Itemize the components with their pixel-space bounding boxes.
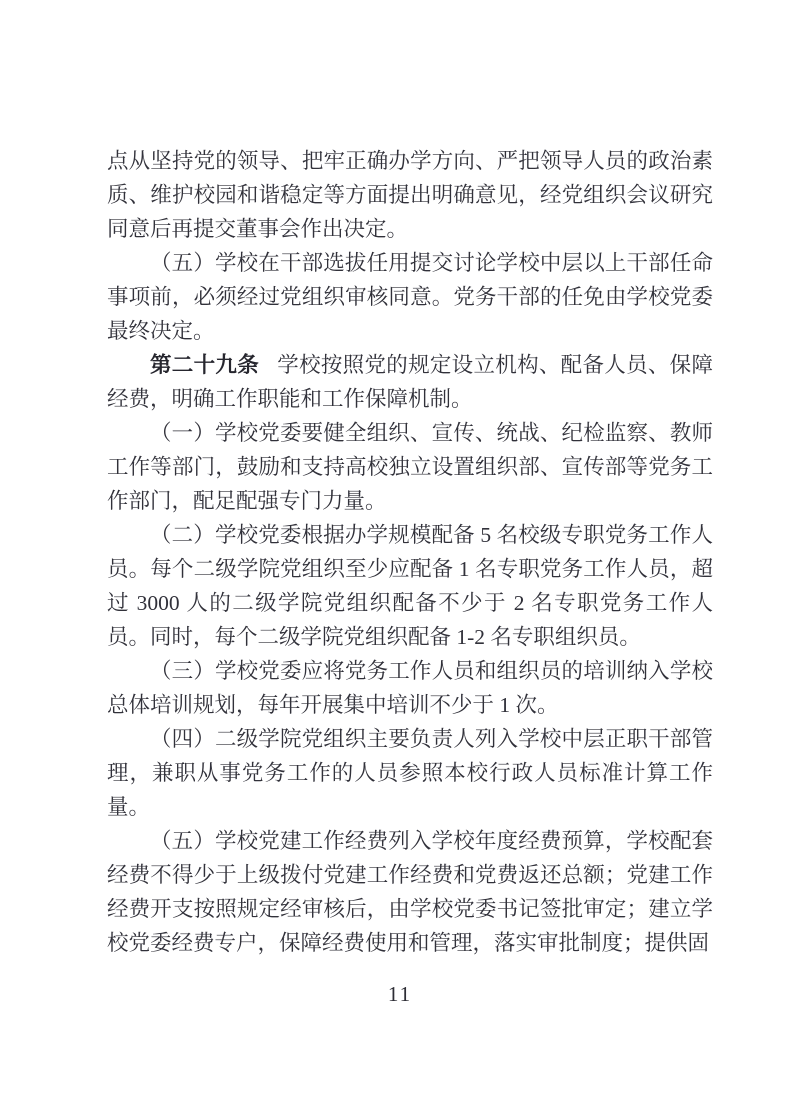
paragraph-item-4: （四）二级学院党组织主要负责人列入学校中层正职干部管理，兼职从事党务工作的人员参… [107, 722, 713, 824]
article-number-heading: 第二十九条 [150, 353, 259, 377]
paragraph-item-2: （二）学校党委根据办学规模配备 5 名校级专职党务工作人员。每个二级学院党组织至… [107, 518, 713, 654]
paragraph-article-29: 第二十九条学校按照党的规定设立机构、配备人员、保障经费，明确工作职能和工作保障机… [107, 348, 713, 416]
paragraph-item-3: （三）学校党委应将党务工作人员和组织员的培训纳入学校总体培训规划，每年开展集中培… [107, 654, 713, 722]
document-page: 点从坚持党的领导、把牢正确办学方向、严把领导人员的政治素质、维护校园和谐稳定等方… [0, 0, 800, 1109]
paragraph-item-5-prev-article: （五）学校在干部选拔任用提交讨论学校中层以上干部任命事项前，必须经过党组织审核同… [107, 246, 713, 348]
paragraph-item-5: （五）学校党建工作经费列入学校年度经费预算，学校配套经费不得少于上级拨付党建工作… [107, 824, 713, 960]
paragraph-continuation: 点从坚持党的领导、把牢正确办学方向、严把领导人员的政治素质、维护校园和谐稳定等方… [107, 144, 713, 246]
page-number: 11 [0, 980, 800, 1008]
paragraph-item-1: （一）学校党委要健全组织、宣传、统战、纪检监察、教师工作等部门，鼓励和支持高校独… [107, 416, 713, 518]
document-text-block: 点从坚持党的领导、把牢正确办学方向、严把领导人员的政治素质、维护校园和谐稳定等方… [107, 144, 713, 960]
